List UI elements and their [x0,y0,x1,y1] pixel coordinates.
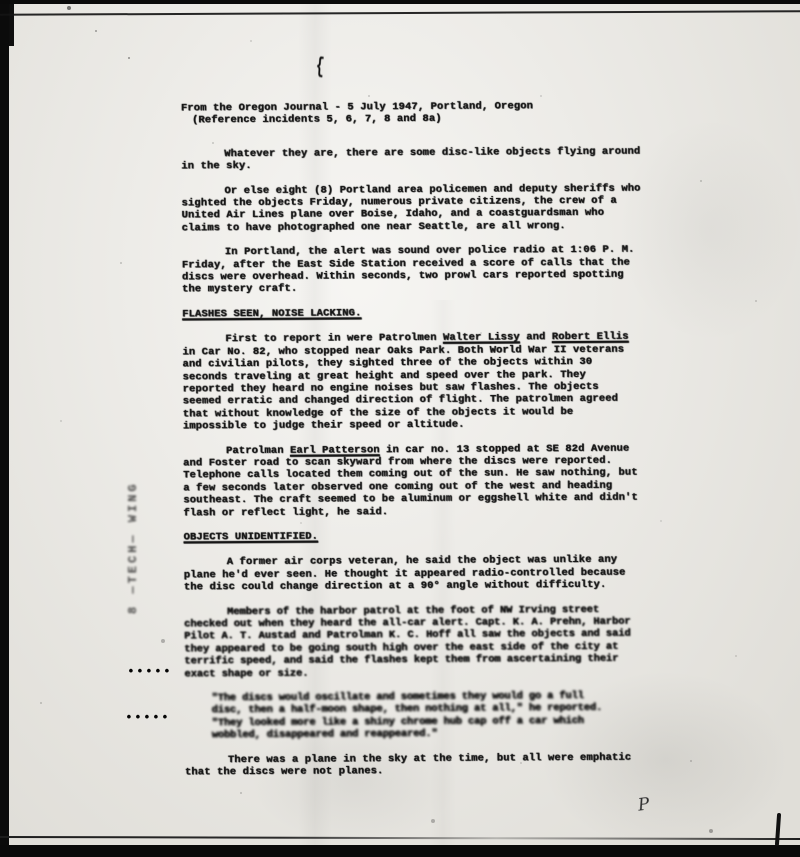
scan-edge-left [0,0,9,857]
paragraph-harbor-patrol: Members of the harbor patrol at the foot… [184,603,644,680]
paragraph-intro: Whatever they are, there are some disc-l… [181,145,641,173]
paragraph-witnesses: Or else eight (8) Portland area policeme… [181,182,641,234]
paragraph-closing: There was a plane in the sky at the time… [185,751,645,779]
ink-squiggle-mark: { [315,54,325,81]
paragraph-quote: "The discs would oscillate and sometimes… [212,690,615,742]
scan-edge-top [0,0,800,4]
pencil-page-mark: P [637,794,651,815]
document-text: From the Oregon Journal - 5 July 1947, P… [181,100,645,791]
margin-asterisks-bottom: ••••• [125,710,170,725]
reference-line: (Reference incidents 5, 6, 7, 8 and 8a) [181,112,641,127]
paper-speckles [0,0,2,2]
heading-flashes: FLASHES SEEN, NOISE LACKING. [182,305,642,320]
paragraph-patterson: Patrolman Earl Patterson in car no. 13 s… [183,442,643,519]
margin-asterisks-top: ••••• [127,664,172,679]
paper-blotch [620,120,800,340]
paragraph-veteran: A former air corps veteran, he said the … [184,554,644,594]
scan-line-top-second [0,10,800,15]
scanned-document-page: { 8 —TECH— WING ••••• ••••• P From the O… [0,0,800,857]
paragraph-lissy-ellis: First to report in were Patrolmen Walter… [182,331,643,433]
paragraph-alert: In Portland, the alert was sound over po… [182,244,642,296]
vertical-margin-stamp: 8 —TECH— WING [126,472,146,614]
scan-edge-left-nub [9,0,14,46]
heading-objects: OBJECTS UNIDENTIFIED. [184,529,644,544]
